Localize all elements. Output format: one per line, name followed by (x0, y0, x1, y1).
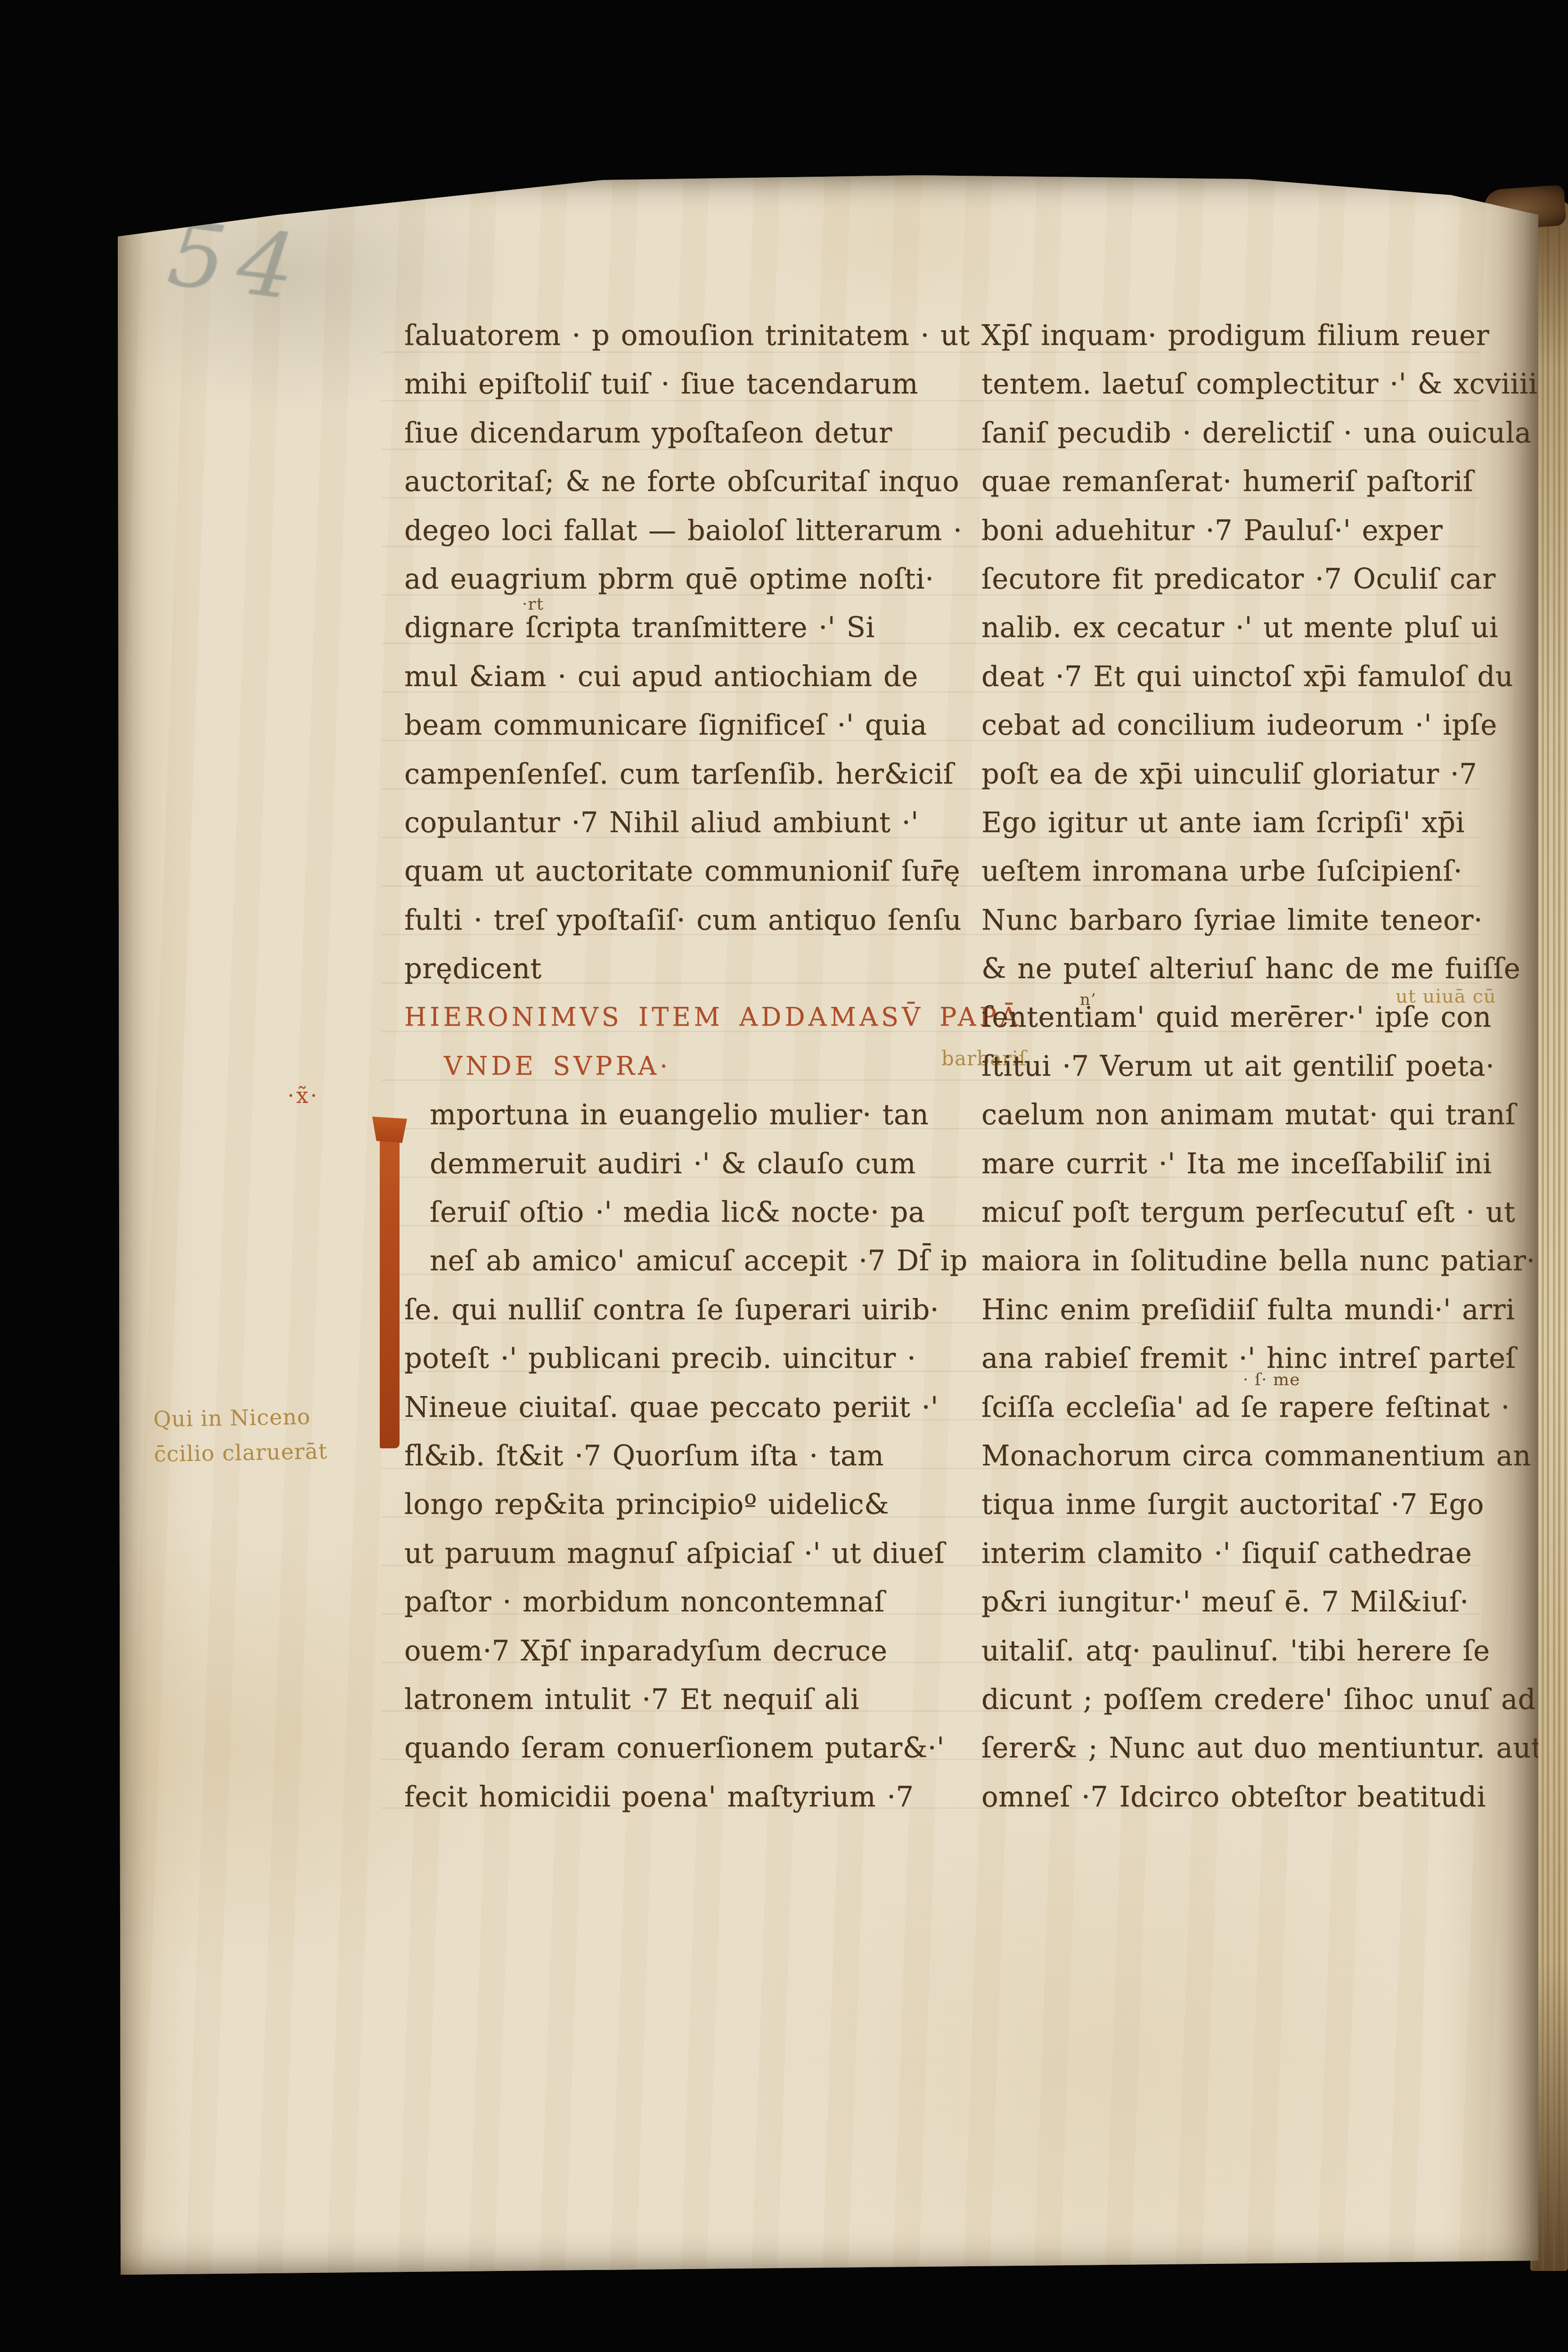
text-line: quae remanſerat· humeriſ paſtoriſ (981, 457, 1568, 506)
text-line: & ne puteſ alteriuſ hanc de me fuiſſe (981, 944, 1568, 993)
text-line: ſe. qui nulliſ contra ſe ſuperari uirib· (404, 1285, 991, 1334)
text-line: ſerer& ; Nunc aut duo mentiuntur. aut (981, 1723, 1568, 1772)
text-column-right: Xp̄ſ inquam· prodigum filium reuertentem… (981, 311, 1568, 1821)
text-line: fecit homicidii poena' maſtyrium ·7 (404, 1772, 991, 1821)
text-line: dignare ſcripta tranſmittere ·' Si (404, 603, 991, 652)
text-line: quando ſeram conuerſionem putar&·' (404, 1723, 991, 1772)
right-column-lines: Xp̄ſ inquam· prodigum filium reuertentem… (981, 311, 1568, 1821)
manuscript-page: 54 ·x̃· Qui in Niceno c̄cilio claruerāt … (118, 170, 1538, 2276)
text-line: ana rabieſ fremit ·' hinc intreſ parteſ (981, 1334, 1568, 1382)
text-line: boni aduehitur ·7 Pauluſ·' exper (981, 506, 1568, 555)
text-column-left: ſaluatorem · p omouſion trinitatem · utm… (404, 311, 991, 1821)
text-line: ſeruiſ oſtio ·' media lic& nocte· pa (404, 1188, 991, 1236)
text-line: auctoritaſ; & ne forte obſcuritaſ inquo (404, 457, 991, 506)
text-line: interim clamito ·' ſiquiſ cathedrae (981, 1529, 1568, 1577)
folio-number-pencil: 54 (163, 201, 313, 321)
text-line: demmeruit audiri ·' & clauſo cum (404, 1139, 991, 1188)
left-column-lower-lines: mportuna in euangelio mulier· tandemmeru… (404, 1090, 991, 1821)
text-line: tentem. laetuſ complectitur ·' & xcviiii (981, 359, 1568, 408)
text-line: campenſenſeſ. cum tarſenſib. her&iciſ (404, 750, 991, 798)
text-line: Monachorum circa commanentium an (981, 1431, 1568, 1480)
text-line: quam ut auctoritate communioniſ ſur̄ę (404, 847, 991, 895)
text-line: caelum non animam mutat· qui tranſ (981, 1090, 1568, 1139)
margin-note-nicene-line2: c̄cilio claruerāt (154, 1434, 328, 1471)
text-line: cebat ad concilium iudeorum ·' ipſe (981, 701, 1568, 749)
text-line: ſiue dicendarum ypoſtaſeon detur (404, 408, 991, 457)
text-line: micuſ poſt tergum perſecutuſ eſt · ut (981, 1188, 1568, 1236)
text-line: copulantur ·7 Nihil aliud ambiunt ·' (404, 798, 991, 847)
text-line: Nunc barbaro ſyriae limite teneor· (981, 896, 1568, 944)
text-line: dicunt ; poſſem credere' ſihoc unuſ ad' (981, 1675, 1568, 1723)
text-line: ſciſſa eccleſia' ad ſe rapere feſtinat · (981, 1383, 1568, 1431)
photo-black-backdrop: { "page": { "folio_number_pencil": "54",… (0, 0, 1568, 2352)
margin-note-nicene-line1: Qui in Niceno (153, 1399, 327, 1437)
text-line: ſaniſ pecudib · derelictiſ · una ouicula (981, 408, 1568, 457)
text-line: Hinc enim preſidiiſ fulta mundi·' arri (981, 1285, 1568, 1334)
text-line: Xp̄ſ inquam· prodigum filium reuer (981, 311, 1568, 359)
text-line: maiora in ſolitudine bella nunc patiar· (981, 1236, 1568, 1285)
text-line: poteſt ·' publicani precib. uincitur · (404, 1334, 991, 1382)
text-line: ſtitui ·7 Verum ut ait gentiliſ poeta· (981, 1042, 1568, 1090)
text-line: paſtor · morbidum noncontemnaſ (404, 1577, 991, 1626)
text-line: omneſ ·7 Idcirco obteſtor beatitudi (981, 1772, 1568, 1821)
text-line: ueſtem inromana urbe ſuſcipienſ· (981, 847, 1568, 895)
text-line: degeo loci fallat — baioloſ litterarum · (404, 506, 991, 555)
text-line: uitaliſ. atq· paulinuſ. 'tibi herere ſe (981, 1626, 1568, 1675)
rubric-line-2: VNDE SVPRA· (404, 1042, 991, 1090)
text-line: p&ri iungitur·' meuſ ē. 7 Mil&iuſ· (981, 1577, 1568, 1626)
text-line: ut paruum magnuſ aſpiciaſ ·' ut diueſ (404, 1529, 991, 1577)
text-line: mportuna in euangelio mulier· tan (404, 1090, 991, 1139)
text-line: beam communicare ſignificeſ ·' quia (404, 701, 991, 749)
text-line: ſententiam' quid merērer·' ipſe con (981, 993, 1568, 1041)
text-line: nalib. ex cecatur ·' ut mente pluſ ui (981, 603, 1568, 652)
text-line: tiqua inme ſurgit auctoritaſ ·7 Ego (981, 1480, 1568, 1528)
rubric-line-1: HIERONIMVS ITEM ADDAMASV̄ PAPĀ (404, 993, 991, 1041)
text-line: Ego igitur ut ante iam ſcripſi' xp̄i (981, 798, 1568, 847)
red-initial-I: I (380, 1119, 400, 1448)
text-line: longo rep&ita principioº uidelic& (404, 1480, 991, 1528)
text-line: ouem·7 Xp̄ſ inparadyſum decruce (404, 1626, 991, 1675)
text-line: neſ ab amico' amicuſ accepit ·7 Dſ̄ ip (404, 1236, 991, 1285)
text-line: ſaluatorem · p omouſion trinitatem · ut (404, 311, 991, 359)
chapter-number-margin-mark: ·x̃· (287, 1083, 319, 1108)
left-column-upper-lines: ſaluatorem · p omouſion trinitatem · utm… (404, 311, 991, 993)
text-line: poſt ea de xp̄i uinculiſ gloriatur ·7 (981, 750, 1568, 798)
text-line: prędicent (404, 944, 991, 993)
text-line: ſecutore fit predicator ·7 Oculiſ car (981, 555, 1568, 603)
text-line: latronem intulit ·7 Et nequiſ ali (404, 1675, 991, 1723)
text-line: mare currit ·' Ita me inceſſabiliſ ini (981, 1139, 1568, 1188)
text-line: deat ·7 Et qui uinctoſ xp̄i famuloſ du (981, 652, 1568, 701)
text-line: fulti · treſ ypoſtaſiſ· cum antiquo ſenſ… (404, 896, 991, 944)
text-line: Nineue ciuitaſ. quae peccato periit ·' (404, 1383, 991, 1431)
text-line: mihi epiſtoliſ tuiſ · ſiue tacendarum (404, 359, 991, 408)
text-line: mul &iam · cui apud antiochiam de (404, 652, 991, 701)
margin-note-nicene: Qui in Niceno c̄cilio claruerāt (153, 1399, 328, 1471)
text-line: fl&ib. ſt&it ·7 Quorſum iſta · tam (404, 1431, 991, 1480)
text-line: ad euagrium pbrm quē optime noſti· (404, 555, 991, 603)
